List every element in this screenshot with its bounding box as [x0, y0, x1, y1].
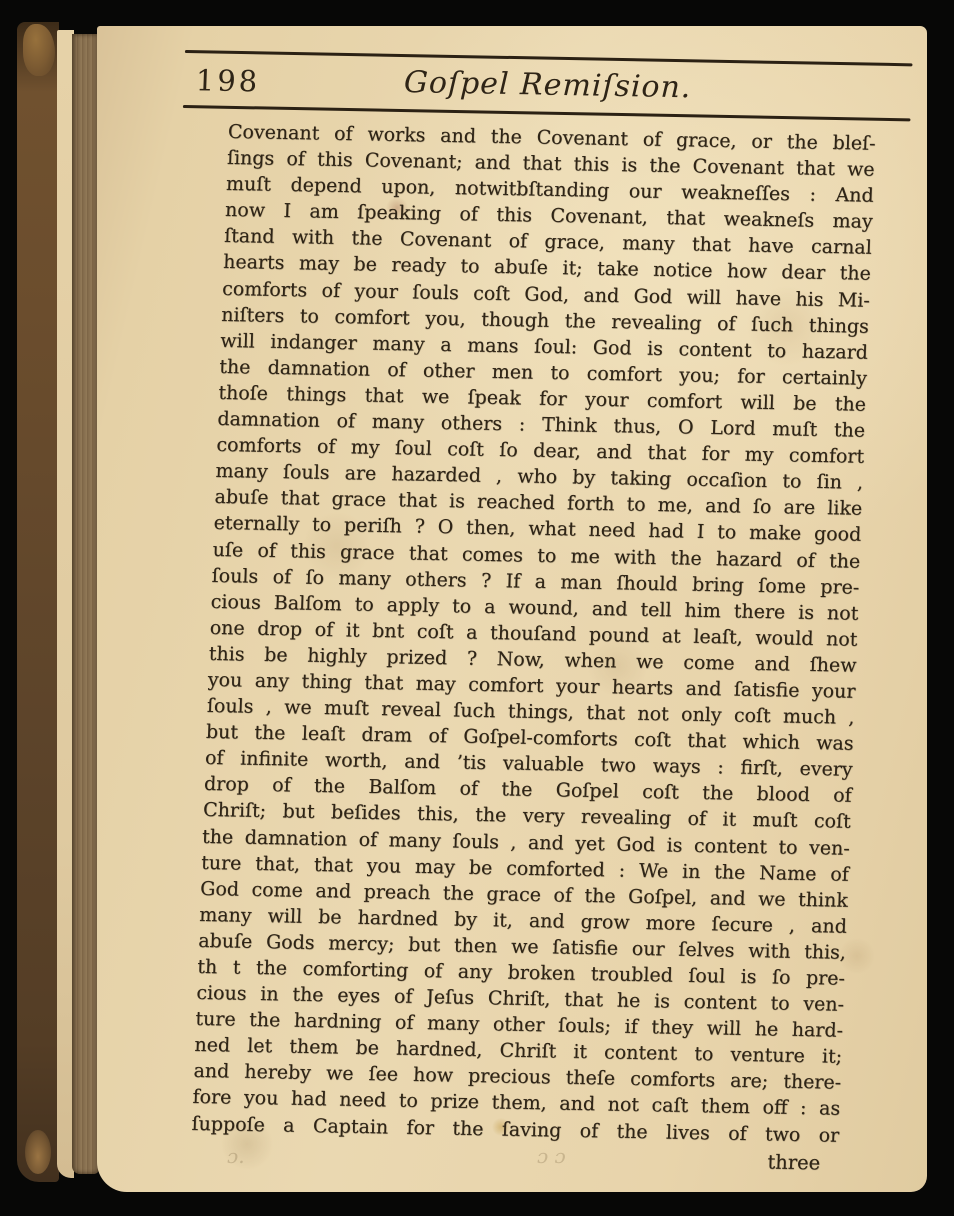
running-title: Goſpel Remiſsion.: [403, 65, 692, 105]
page-block-edges: [72, 34, 99, 1174]
book-spine: [17, 22, 59, 1182]
printed-content: 198 Goſpel Remiſsion. Covenant of works …: [144, 50, 912, 1175]
book-page: 198 Goſpel Remiſsion. Covenant of works …: [97, 26, 927, 1192]
page-number: 198: [195, 63, 261, 98]
body-text: Covenant of works and the Covenant of gr…: [191, 119, 876, 1149]
